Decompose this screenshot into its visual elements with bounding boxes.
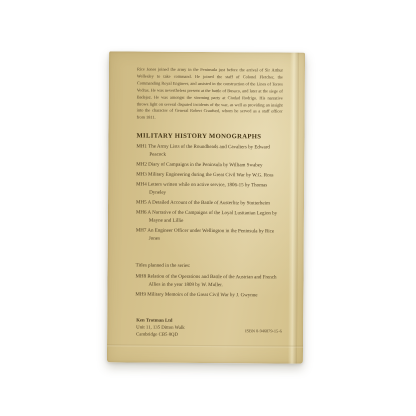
- series-entry-title: Letters written while on active service,…: [148, 183, 267, 196]
- publisher-address-line2: Cambridge CB5 8QD: [136, 332, 185, 339]
- series-entry-title: The Army Lists of the Roundheads and Cav…: [148, 145, 270, 158]
- photo-background: Rice Jones joined the army in the Penins…: [0, 0, 416, 416]
- blurb-paragraph: Rice Jones joined the army in the Penins…: [137, 67, 283, 123]
- planned-section: Titles planned in the series: MH8 Relati…: [135, 263, 281, 303]
- series-entry: MH8 Relation of the Operations and Battl…: [135, 274, 277, 290]
- series-section: MILITARY HISTORY MONOGRAPHS MH1 The Army…: [136, 133, 283, 247]
- series-entry-code: MH7: [136, 228, 147, 233]
- series-entry: MH2 Diary of Campaigns in the Peninsula …: [136, 161, 278, 170]
- series-heading: MILITARY HISTORY MONOGRAPHS: [136, 133, 282, 141]
- series-entry-title: A Narrative of the Campaigns of the Loya…: [147, 211, 277, 224]
- series-entry: MH3 Military Engineering during the Grea…: [136, 171, 278, 180]
- series-entry-title: Relation of the Operations and Battle of…: [147, 275, 276, 288]
- series-entry-code: MH6: [136, 211, 147, 216]
- series-entry-code: MH3: [136, 172, 147, 177]
- series-entry-code: MH5: [136, 200, 147, 205]
- series-entry-title: Diary of Campaigns in the Peninsula by W…: [148, 162, 262, 168]
- book-back-cover: Rice Jones joined the army in the Penins…: [107, 51, 305, 363]
- series-entry-code: MH8: [135, 275, 146, 280]
- series-entry-title: Military Memoirs of the Great Civil War …: [147, 292, 257, 298]
- series-entry-title: An Engineer Officer under Wellington in …: [147, 228, 274, 241]
- planned-titles-list: MH8 Relation of the Operations and Battl…: [135, 274, 277, 300]
- series-entry-code: MH9: [135, 292, 146, 297]
- isbn-text: ISBN 0-946879-15-6: [245, 328, 282, 334]
- series-entry: MH9 Military Memoirs of the Great Civil …: [135, 291, 277, 300]
- planned-titles-label: Titles planned in the series:: [136, 263, 282, 271]
- series-entry: MH6 A Narrative of the Campaigns of the …: [136, 210, 278, 226]
- series-entry-code: MH4: [136, 183, 147, 188]
- series-entry: MH4 Letters written while on active serv…: [136, 182, 278, 198]
- series-entry-title: A Detailed Account of the Battle of Aust…: [148, 201, 270, 207]
- series-entry-title: Military Engineering during the Great Ci…: [148, 173, 274, 179]
- series-entry: MH1 The Army Lists of the Roundheads and…: [136, 144, 278, 160]
- imprint-block: Ken Trotman Ltd Unit 11, 135 Ditton Walk…: [136, 318, 185, 339]
- published-titles-list: MH1 The Army Lists of the Roundheads and…: [136, 144, 279, 244]
- series-entry: MH5 A Detailed Account of the Battle of …: [136, 199, 278, 208]
- series-entry: MH7 An Engineer Officer under Wellington…: [136, 227, 278, 243]
- series-entry-code: MH1: [136, 145, 147, 150]
- series-entry-code: MH2: [136, 162, 147, 167]
